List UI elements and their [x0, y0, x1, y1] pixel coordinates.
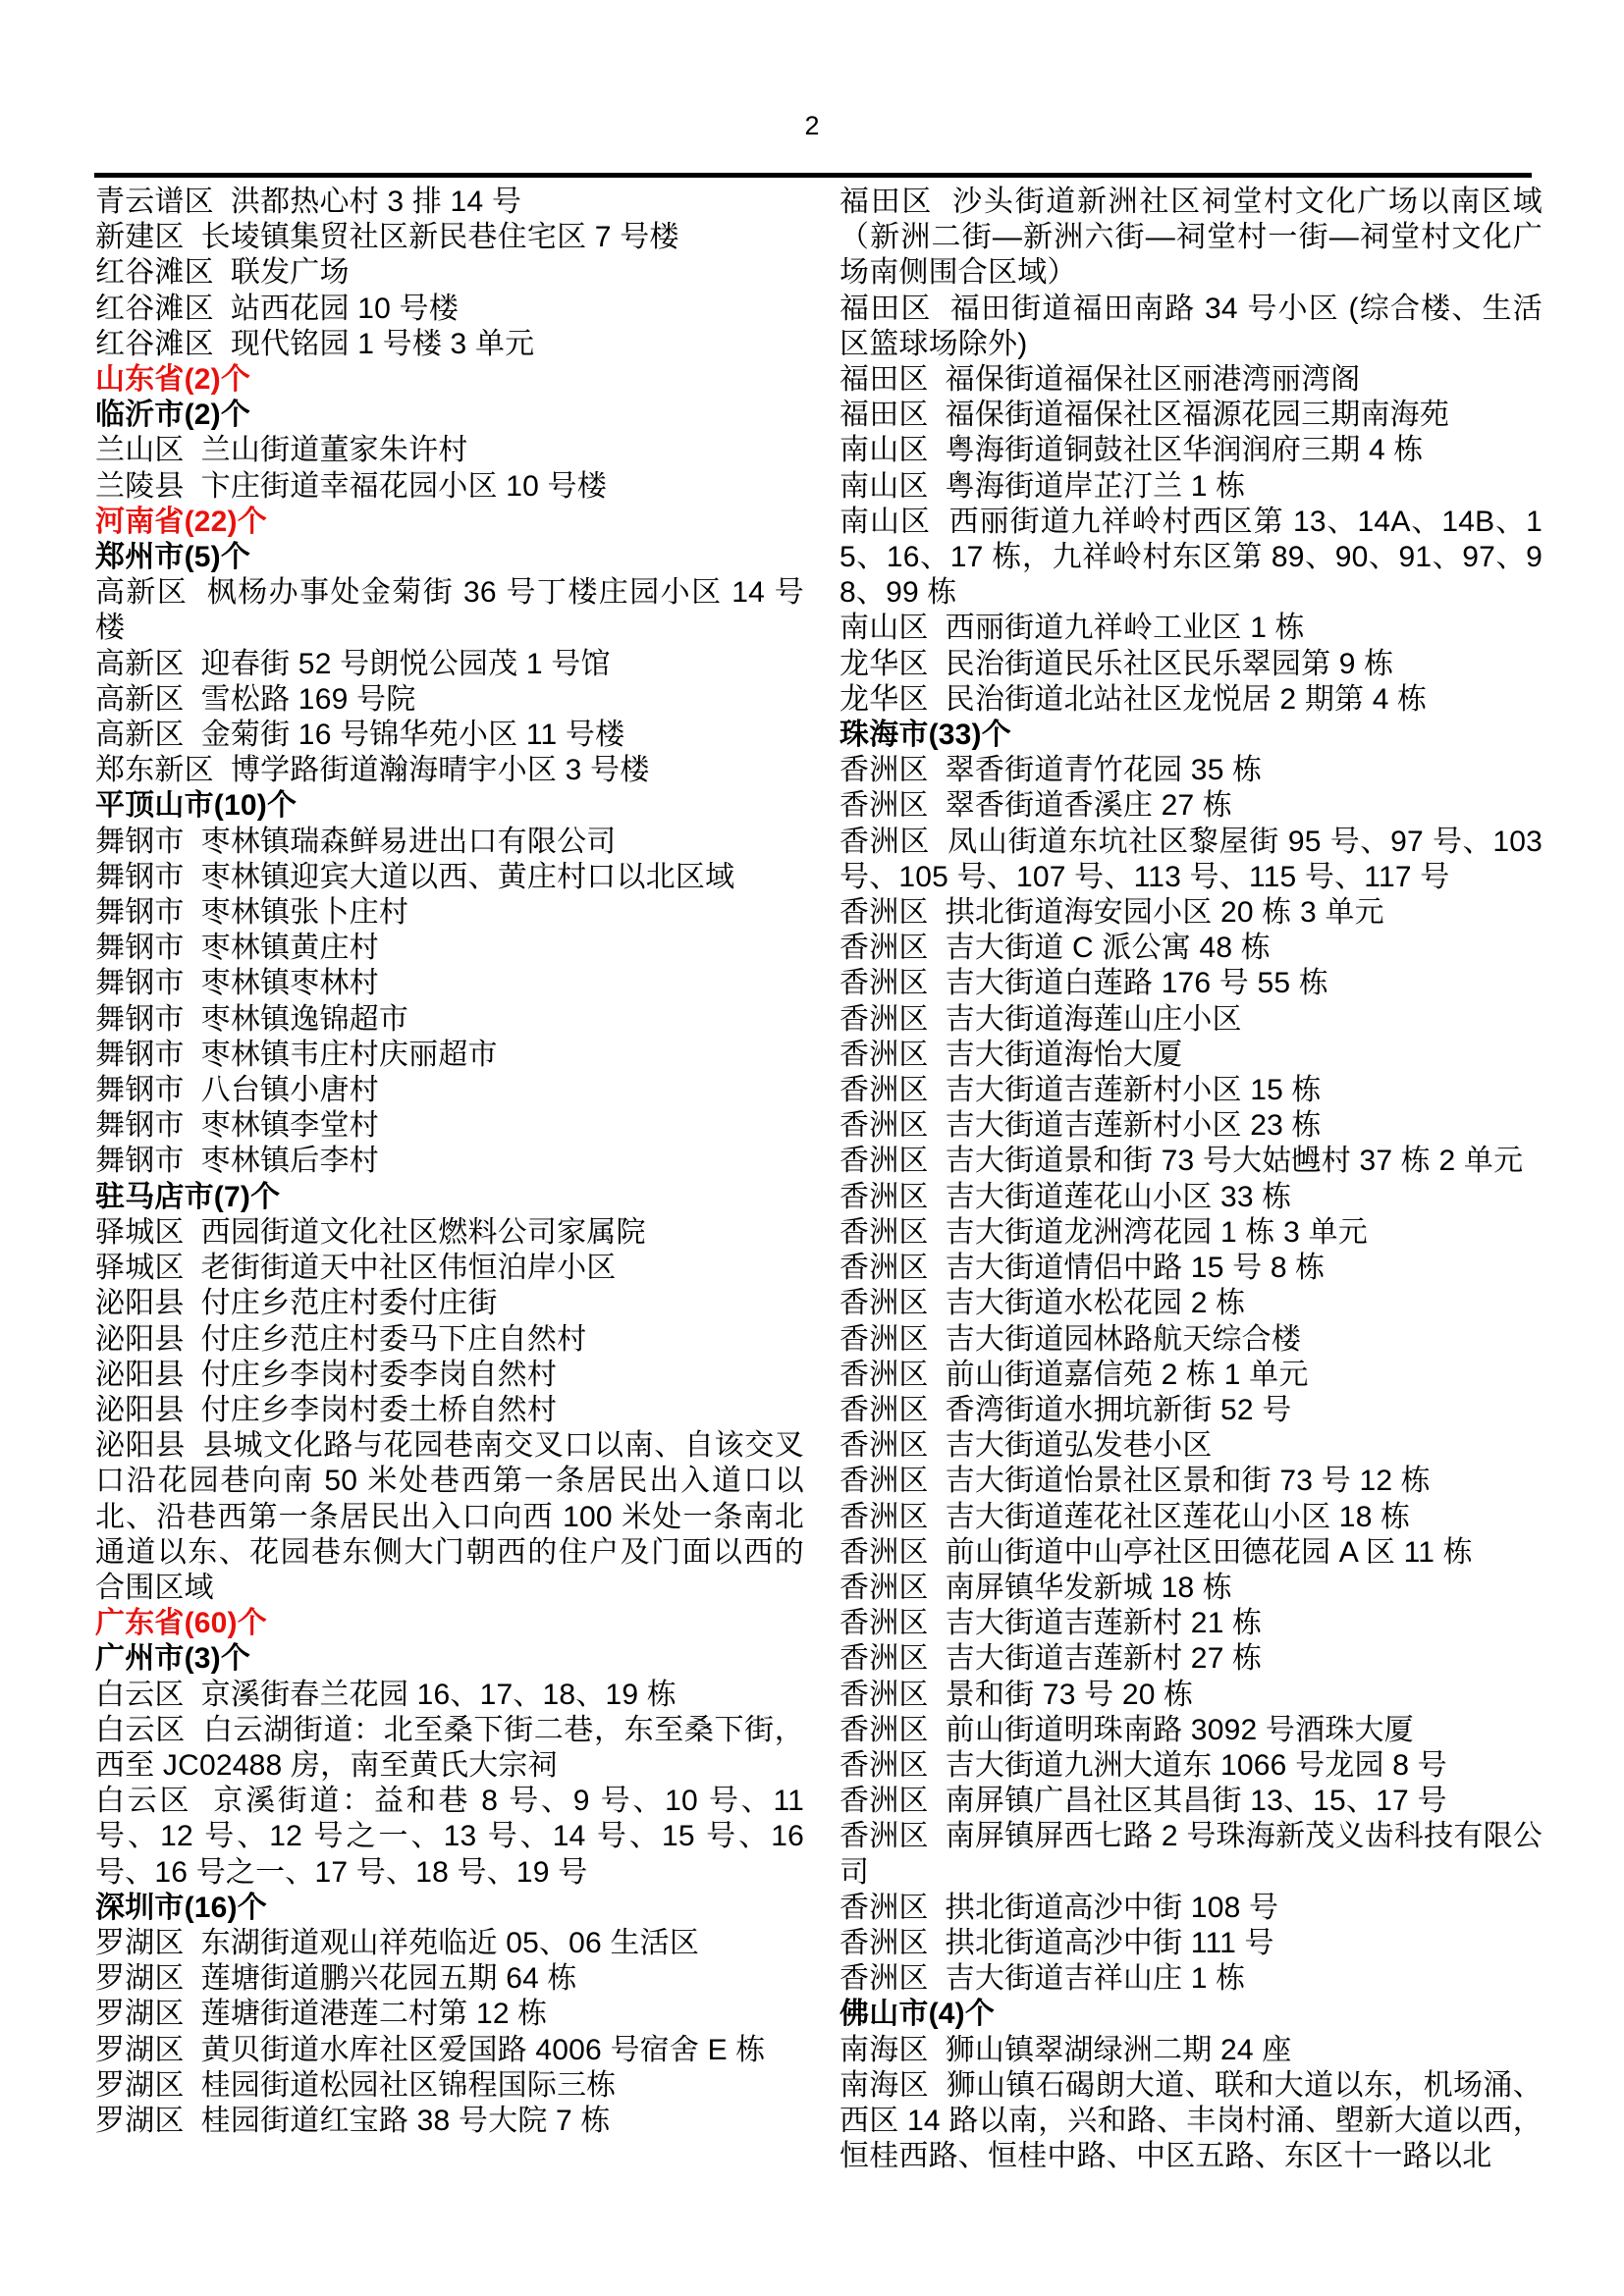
risk-area-item: 香洲区 吉大街道莲花山小区 33 栋 — [839, 1180, 1543, 1215]
risk-area-item: 舞钢市 枣林镇后李村 — [95, 1144, 804, 1179]
risk-area-item: 舞钢市 枣林镇瑞森鲜易进出口有限公司 — [95, 825, 804, 860]
risk-area-item: 罗湖区 桂园街道红宝路 38 号大院 7 栋 — [95, 2104, 804, 2139]
risk-area-item: 郑东新区 博学路街道瀚海晴宇小区 3 号楼 — [95, 753, 804, 788]
risk-area-item: 新建区 长堎镇集贸社区新民巷住宅区 7 号楼 — [95, 220, 804, 255]
risk-area-item: 香洲区 吉大街道吉莲新村小区 15 栋 — [839, 1073, 1543, 1108]
risk-area-item: 罗湖区 黄贝街道水库社区爱国路 4006 号宿舍 E 栋 — [95, 2033, 804, 2068]
risk-area-item: 舞钢市 枣林镇韦庄村庆丽超市 — [95, 1038, 804, 1073]
risk-area-item: 兰山区 兰山街道董家朱许村 — [95, 433, 804, 468]
risk-area-item: 舞钢市 枣林镇李堂村 — [95, 1108, 804, 1144]
risk-area-item: 香洲区 吉大街道九洲大道东 1066 号龙园 8 号 — [839, 1748, 1543, 1784]
city-header: 佛山市(4)个 — [839, 1997, 1543, 2032]
risk-area-item: 香洲区 拱北街道高沙中街 108 号 — [839, 1891, 1543, 1926]
city-header: 临沂市(2)个 — [95, 398, 804, 433]
risk-area-item: 南海区 狮山镇翠湖绿洲二期 24 座 — [839, 2033, 1543, 2068]
risk-area-item: 高新区 金菊街 16 号锦华苑小区 11 号楼 — [95, 718, 804, 753]
risk-area-item: 高新区 雪松路 169 号院 — [95, 682, 804, 718]
risk-area-item: 南山区 西丽街道九祥岭村西区第 13、14A、14B、15、16、17 栋，九祥… — [839, 505, 1543, 612]
risk-area-item: 南山区 西丽街道九祥岭工业区 1 栋 — [839, 611, 1543, 646]
risk-area-item: 泌阳县 县城文化路与花园巷南交叉口以南、自该交叉口沿花园巷向南 50 米处巷西第… — [95, 1428, 804, 1606]
left-column: 青云谱区 洪都热心村 3 排 14 号新建区 长堎镇集贸社区新民巷住宅区 7 号… — [95, 185, 804, 2139]
risk-area-item: 青云谱区 洪都热心村 3 排 14 号 — [95, 185, 804, 220]
risk-area-item: 香洲区 前山街道嘉信苑 2 栋 1 单元 — [839, 1358, 1543, 1393]
risk-area-item: 香洲区 吉大街道弘发巷小区 — [839, 1428, 1543, 1464]
risk-area-item: 香洲区 前山街道明珠南路 3092 号酒珠大厦 — [839, 1713, 1543, 1748]
risk-area-item: 香洲区 南屏镇屏西七路 2 号珠海新茂义齿科技有限公司 — [839, 1819, 1543, 1890]
document-page: 2 青云谱区 洪都热心村 3 排 14 号新建区 长堎镇集贸社区新民巷住宅区 7… — [0, 0, 1624, 2296]
risk-area-item: 罗湖区 东湖街道观山祥苑临近 05、06 生活区 — [95, 1926, 804, 1961]
risk-area-item: 香洲区 吉大街道景和街 73 号大姑乸村 37 栋 2 单元 — [839, 1144, 1543, 1179]
risk-area-item: 南海区 狮山镇石碣朗大道、联和大道以东，机场涌、西区 14 路以南，兴和路、丰岗… — [839, 2068, 1543, 2175]
risk-area-item: 泌阳县 付庄乡李岗村委李岗自然村 — [95, 1358, 804, 1393]
risk-area-item: 泌阳县 付庄乡范庄村委付庄街 — [95, 1286, 804, 1321]
province-header: 河南省(22)个 — [95, 505, 804, 540]
risk-area-item: 福田区 福田街道福田南路 34 号小区 (综合楼、生活区篮球场除外) — [839, 292, 1543, 362]
risk-area-item: 香洲区 南屏镇华发新城 18 栋 — [839, 1571, 1543, 1606]
risk-area-item: 罗湖区 桂园街道松园社区锦程国际三栋 — [95, 2068, 804, 2104]
risk-area-item: 罗湖区 莲塘街道港莲二村第 12 栋 — [95, 1997, 804, 2032]
risk-area-item: 香洲区 吉大街道海怡大厦 — [839, 1038, 1543, 1073]
header-rule — [94, 173, 1532, 178]
risk-area-item: 香洲区 拱北街道高沙中街 111 号 — [839, 1926, 1543, 1961]
risk-area-item: 驿城区 老街街道天中社区伟恒泊岸小区 — [95, 1251, 804, 1286]
risk-area-item: 香洲区 景和街 73 号 20 栋 — [839, 1678, 1543, 1713]
risk-area-item: 舞钢市 枣林镇黄庄村 — [95, 931, 804, 966]
risk-area-item: 泌阳县 付庄乡李岗村委土桥自然村 — [95, 1393, 804, 1428]
risk-area-item: 白云区 京溪街春兰花园 16、17、18、19 栋 — [95, 1678, 804, 1713]
province-header: 广东省(60)个 — [95, 1606, 804, 1641]
risk-area-item: 高新区 迎春街 52 号朗悦公园茂 1 号馆 — [95, 647, 804, 682]
risk-area-item: 香洲区 吉大街道怡景社区景和街 73 号 12 栋 — [839, 1464, 1543, 1499]
province-header: 山东省(2)个 — [95, 362, 804, 398]
risk-area-item: 香洲区 吉大街道海莲山庄小区 — [839, 1002, 1543, 1038]
risk-area-item: 香洲区 吉大街道白莲路 176 号 55 栋 — [839, 966, 1543, 1001]
risk-area-item: 舞钢市 枣林镇迎宾大道以西、黄庄村口以北区域 — [95, 860, 804, 895]
risk-area-item: 舞钢市 枣林镇张卜庄村 — [95, 895, 804, 931]
right-column: 福田区 沙头街道新洲社区祠堂村文化广场以南区域（新洲二街—新洲六街—祠堂村一街—… — [839, 185, 1543, 2174]
risk-area-item: 香洲区 吉大街道园林路航天综合楼 — [839, 1322, 1543, 1358]
risk-area-item: 香洲区 翠香街道青竹花园 35 栋 — [839, 753, 1543, 788]
city-header: 深圳市(16)个 — [95, 1891, 804, 1926]
risk-area-item: 香洲区 拱北街道海安园小区 20 栋 3 单元 — [839, 895, 1543, 931]
risk-area-item: 驿城区 西园街道文化社区燃料公司家属院 — [95, 1215, 804, 1251]
risk-area-item: 香洲区 翠香街道香溪庄 27 栋 — [839, 788, 1543, 824]
risk-area-item: 南山区 粤海街道岸芷汀兰 1 栋 — [839, 469, 1543, 505]
risk-area-item: 香洲区 吉大街道 C 派公寓 48 栋 — [839, 931, 1543, 966]
risk-area-item: 福田区 沙头街道新洲社区祠堂村文化广场以南区域（新洲二街—新洲六街—祠堂村一街—… — [839, 185, 1543, 292]
city-header: 驻马店市(7)个 — [95, 1180, 804, 1215]
risk-area-item: 泌阳县 付庄乡范庄村委马下庄自然村 — [95, 1322, 804, 1358]
risk-area-item: 红谷滩区 现代铭园 1 号楼 3 单元 — [95, 327, 804, 362]
risk-area-item: 香洲区 吉大街道吉莲新村 27 栋 — [839, 1641, 1543, 1677]
risk-area-item: 香洲区 吉大街道龙洲湾花园 1 栋 3 单元 — [839, 1215, 1543, 1251]
risk-area-item: 舞钢市 枣林镇枣林村 — [95, 966, 804, 1001]
risk-area-item: 香洲区 吉大街道吉莲新村 21 栋 — [839, 1606, 1543, 1641]
risk-area-item: 舞钢市 枣林镇逸锦超市 — [95, 1002, 804, 1038]
risk-area-item: 兰陵县 卞庄街道幸福花园小区 10 号楼 — [95, 469, 804, 505]
risk-area-item: 香洲区 吉大街道莲花社区莲花山小区 18 栋 — [839, 1500, 1543, 1535]
risk-area-item: 高新区 枫杨办事处金菊街 36 号丁楼庄园小区 14 号楼 — [95, 575, 804, 646]
risk-area-item: 龙华区 民治街道民乐社区民乐翠园第 9 栋 — [839, 647, 1543, 682]
risk-area-item: 香洲区 吉大街道吉莲新村小区 23 栋 — [839, 1108, 1543, 1144]
risk-area-item: 红谷滩区 联发广场 — [95, 255, 804, 291]
risk-area-item: 龙华区 民治街道北站社区龙悦居 2 期第 4 栋 — [839, 682, 1543, 718]
risk-area-item: 香洲区 香湾街道水拥坑新街 52 号 — [839, 1393, 1543, 1428]
city-header: 郑州市(5)个 — [95, 540, 804, 575]
risk-area-item: 舞钢市 八台镇小唐村 — [95, 1073, 804, 1108]
risk-area-item: 香洲区 南屏镇广昌社区其昌街 13、15、17 号 — [839, 1784, 1543, 1819]
risk-area-item: 红谷滩区 站西花园 10 号楼 — [95, 292, 804, 327]
city-header: 平顶山市(10)个 — [95, 788, 804, 824]
risk-area-item: 香洲区 吉大街道情侣中路 15 号 8 栋 — [839, 1251, 1543, 1286]
risk-area-item: 白云区 京溪街道：益和巷 8 号、9 号、10 号、11 号、12 号、12 号… — [95, 1784, 804, 1891]
risk-area-item: 白云区 白云湖街道：北至桑下街二巷，东至桑下街，西至 JC02488 房，南至黄… — [95, 1713, 804, 1784]
risk-area-item: 香洲区 前山街道中山亭社区田德花园 A 区 11 栋 — [839, 1535, 1543, 1571]
risk-area-item: 香洲区 凤山街道东坑社区黎屋街 95 号、97 号、103 号、105 号、10… — [839, 825, 1543, 895]
risk-area-item: 香洲区 吉大街道吉祥山庄 1 栋 — [839, 1961, 1543, 1997]
risk-area-item: 福田区 福保街道福保社区福源花园三期南海苑 — [839, 398, 1543, 433]
risk-area-item: 南山区 粤海街道铜鼓社区华润润府三期 4 栋 — [839, 433, 1543, 468]
risk-area-item: 福田区 福保街道福保社区丽港湾丽湾阁 — [839, 362, 1543, 398]
risk-area-item: 罗湖区 莲塘街道鹏兴花园五期 64 栋 — [95, 1961, 804, 1997]
risk-area-item: 香洲区 吉大街道水松花园 2 栋 — [839, 1286, 1543, 1321]
page-number: 2 — [0, 110, 1624, 141]
city-header: 广州市(3)个 — [95, 1641, 804, 1677]
city-header: 珠海市(33)个 — [839, 718, 1543, 753]
